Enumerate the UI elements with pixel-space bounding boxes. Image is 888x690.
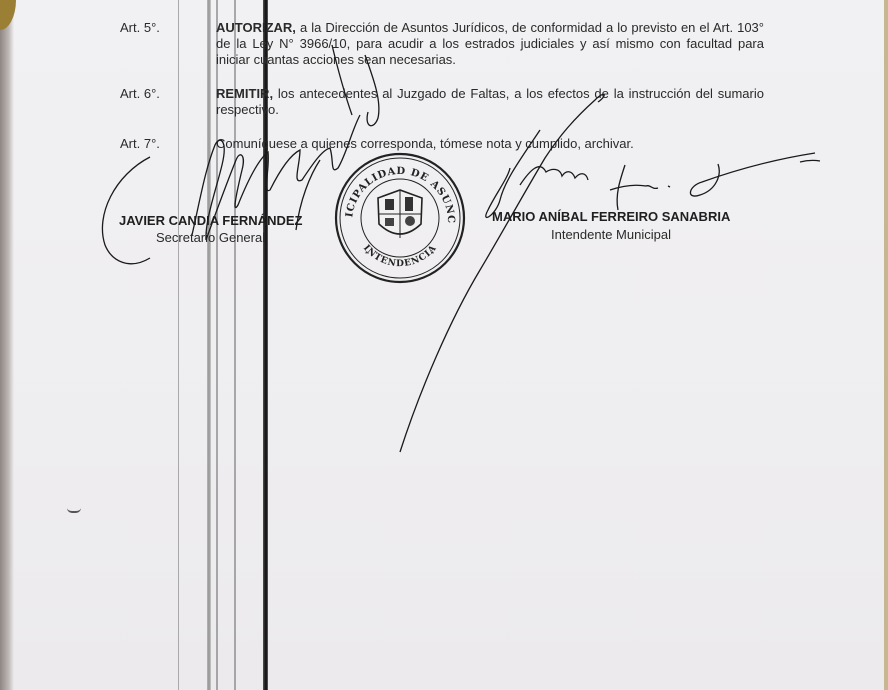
signatory-2-role: Intendente Municipal (551, 227, 671, 242)
article-5-label: Art. 5°. (120, 20, 160, 35)
article-6-body: los antecedentes al Juzgado de Faltas, a… (216, 86, 764, 117)
article-7-label: Art. 7°. (120, 136, 160, 151)
article-6-text: REMITIR, los antecedentes al Juzgado de … (216, 86, 764, 118)
scanned-document-page: Art. 5°. AUTORIZAR, a la Dirección de As… (0, 0, 885, 690)
seal-bottom-text: INTENDENCIA (361, 243, 439, 269)
signatory-1-name: JAVIER CANDIA FERNÁNDEZ (119, 213, 302, 228)
municipal-seal: MUNICIPALIDAD DE ASUNCION INTENDENCIA * … (332, 150, 468, 286)
scan-streak (207, 0, 211, 690)
ink-mark (67, 508, 81, 513)
page-right-edge (884, 0, 888, 690)
article-5-text: AUTORIZAR, a la Dirección de Asuntos Jur… (216, 20, 764, 68)
article-7-body: Comuníquese a quienes corresponda, tómes… (216, 136, 634, 151)
article-7-text: Comuníquese a quienes corresponda, tómes… (216, 136, 764, 152)
page-left-shadow (0, 0, 14, 690)
svg-text:INTENDENCIA: INTENDENCIA (361, 243, 439, 269)
svg-text:*: * (365, 250, 368, 259)
article-5-keyword: AUTORIZAR, (216, 20, 296, 35)
article-6-keyword: REMITIR, (216, 86, 273, 101)
svg-text:*: * (431, 250, 434, 259)
signatory-2-name: MARIO ANÍBAL FERREIRO SANABRIA (492, 209, 730, 224)
coat-of-arms-shield-icon (378, 190, 422, 238)
article-6-label: Art. 6°. (120, 86, 160, 101)
margin-line (178, 0, 179, 690)
signatory-1-role: Secretario General (156, 230, 265, 245)
article-5-body: a la Dirección de Asuntos Jurídicos, de … (216, 20, 764, 67)
